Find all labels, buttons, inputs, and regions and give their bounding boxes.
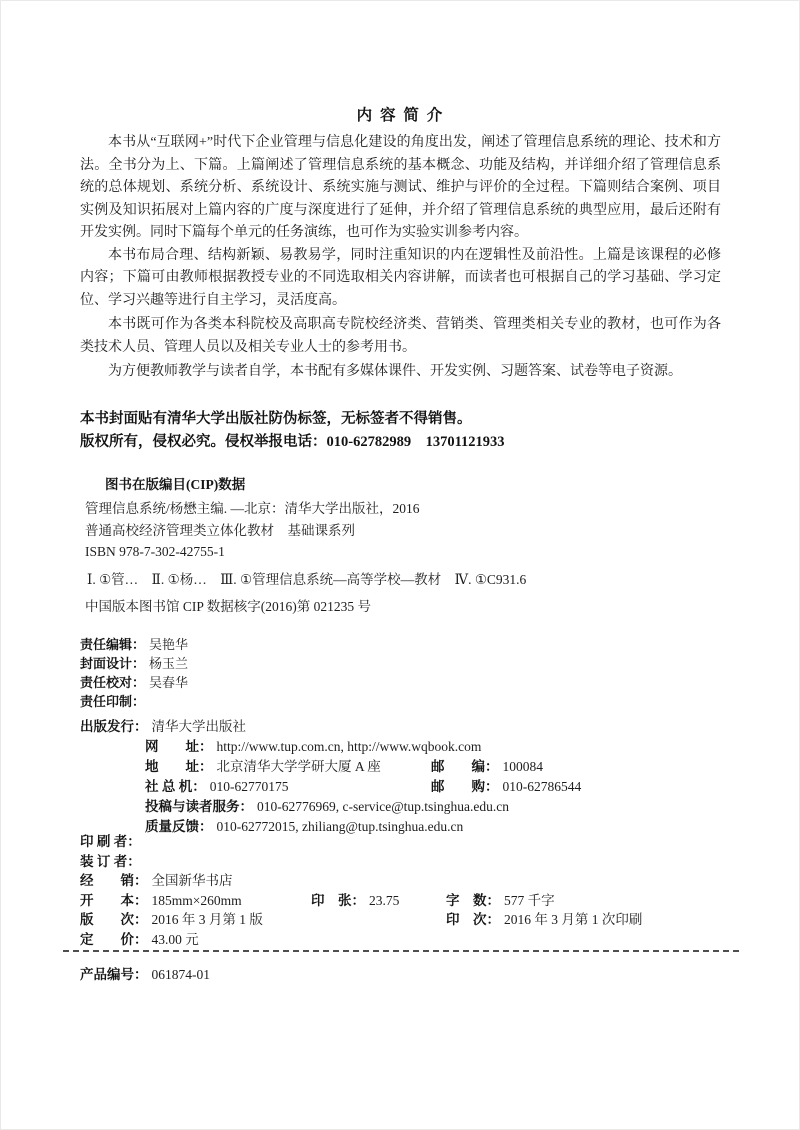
cip-description: 管理信息系统/杨懋主编. —北京：清华大学出版社，2016	[85, 498, 420, 520]
staff-label: 责任印制：	[80, 694, 145, 709]
product-number-row: 产品编号：061874-01	[80, 963, 210, 983]
word-count-column: 字 数：577 千字	[446, 891, 555, 911]
sheets-value: 23.75	[369, 893, 399, 908]
zip-column: 邮 编：100084	[431, 757, 543, 777]
cip-record-number: 中国版本图书馆 CIP 数据核字(2016)第 021235 号	[85, 595, 371, 615]
format-value: 185mm×260mm	[152, 893, 242, 908]
intro-paragraph-4: 为方便教师教学与读者自学，本书配有多媒体课件、开发实例、习题答案、试卷等电子资源…	[80, 361, 721, 384]
publisher-row-address: 地 址：北京清华大学学研大厦 A 座 邮 编：100084	[145, 757, 509, 777]
mail-order-value: 010-62786544	[503, 779, 582, 794]
mail-order-label: 邮 购：	[431, 779, 499, 794]
zip-value: 100084	[503, 759, 544, 774]
staff-row-cover-design: 封面设计：杨玉兰	[80, 654, 188, 673]
colophon-row-distributor: 经 销：全国新华书店	[80, 871, 263, 891]
cip-heading: 图书在版编目(CIP)数据	[105, 473, 245, 493]
reader-service-value: 010-62776969, c-service@tup.tsinghua.edu…	[257, 799, 509, 814]
colophon-row-binder: 装 订 者：	[80, 852, 263, 872]
cip-isbn: ISBN 978-7-302-42755-1	[85, 541, 420, 563]
price-label: 定 价：	[80, 932, 148, 947]
page-title: 内 容 简 介	[80, 103, 721, 125]
edition-label: 版 次：	[80, 912, 148, 927]
product-number-label: 产品编号：	[80, 967, 148, 982]
publisher-row-main: 出版发行：清华大学出版社	[80, 717, 509, 737]
publisher-label: 出版发行：	[80, 719, 148, 734]
anti-piracy-line: 本书封面贴有清华大学出版社防伪标签，无标签者不得销售。	[80, 408, 505, 431]
distributor-value: 全国新华书店	[152, 873, 233, 888]
print-run-label: 印 次：	[446, 912, 500, 927]
sheets-label: 印 张：	[311, 893, 365, 908]
publisher-name: 清华大学出版社	[152, 719, 247, 734]
print-run-column: 印 次：2016 年 3 月第 1 次印刷	[446, 910, 642, 930]
switchboard-value: 010-62770175	[210, 779, 289, 794]
switchboard-label: 社 总 机：	[145, 779, 206, 794]
print-run-value: 2016 年 3 月第 1 次印刷	[504, 912, 642, 927]
copyright-report-line: 版权所有，侵权必究。侵权举报电话：010-62782989 1370112193…	[80, 431, 505, 454]
intro-section: 本书从“互联网+”时代下企业管理与信息化建设的角度出发，阐述了管理信息系统的理论…	[80, 132, 721, 384]
intro-paragraph-3: 本书既可作为各类本科院校及高职高专院校经济类、营销类、管理类相关专业的教材，也可…	[80, 314, 721, 359]
cip-classification: Ⅰ. ①管… Ⅱ. ①杨… Ⅲ. ①管理信息系统—高等学校—教材 Ⅳ. ①C93…	[87, 568, 526, 588]
publisher-row-switchboard: 社 总 机：010-62770175 邮 购：010-62786544	[145, 777, 509, 797]
cip-series: 普通高校经济管理类立体化教材 基础课系列	[85, 520, 420, 542]
staff-label: 责任校对：	[80, 675, 145, 690]
staff-label: 封面设计：	[80, 656, 145, 671]
format-label: 开 本：	[80, 893, 148, 908]
word-count-label: 字 数：	[446, 893, 500, 908]
publisher-section: 出版发行：清华大学出版社 网 址：http://www.tup.com.cn, …	[80, 717, 509, 837]
word-count-value: 577 千字	[504, 893, 555, 908]
printer-label: 印 刷 者：	[80, 834, 141, 849]
divider-dashed-line	[63, 950, 739, 952]
edition-value: 2016 年 3 月第 1 版	[152, 912, 263, 927]
publisher-row-website: 网 址：http://www.tup.com.cn, http://www.wq…	[145, 737, 509, 757]
book-copyright-page: 内 容 简 介 本书从“互联网+”时代下企业管理与信息化建设的角度出发，阐述了管…	[0, 0, 800, 1130]
product-number-value: 061874-01	[152, 967, 211, 982]
mail-order-column: 邮 购：010-62786544	[431, 777, 581, 797]
address-label: 地 址：	[145, 759, 213, 774]
staff-section: 责任编辑：吴艳华 封面设计：杨玉兰 责任校对：吴春华 责任印制：	[80, 635, 188, 711]
staff-row-proofreader: 责任校对：吴春华	[80, 673, 188, 692]
address-value: 北京清华大学学研大厦 A 座	[217, 759, 381, 774]
anti-piracy-notice: 本书封面贴有清华大学出版社防伪标签，无标签者不得销售。 版权所有，侵权必究。侵权…	[80, 408, 505, 454]
distributor-label: 经 销：	[80, 873, 148, 888]
staff-row-print-supervisor: 责任印制：	[80, 692, 188, 711]
colophon-row-edition: 版 次：2016 年 3 月第 1 版 印 次：2016 年 3 月第 1 次印…	[80, 910, 263, 930]
publisher-row-reader-service: 投稿与读者服务：010-62776969, c-service@tup.tsin…	[145, 797, 509, 817]
intro-paragraph-2: 本书布局合理、结构新颖、易教易学，同时注重知识的内在逻辑性及前沿性。上篇是该课程…	[80, 245, 721, 313]
staff-row-editor: 责任编辑：吴艳华	[80, 635, 188, 654]
colophon-row-price: 定 价：43.00 元	[80, 930, 263, 950]
staff-value: 吴春华	[149, 675, 188, 690]
staff-value: 吴艳华	[149, 637, 188, 652]
intro-paragraph-1: 本书从“互联网+”时代下企业管理与信息化建设的角度出发，阐述了管理信息系统的理论…	[80, 132, 721, 245]
staff-value: 杨玉兰	[149, 656, 188, 671]
zip-label: 邮 编：	[431, 759, 499, 774]
staff-label: 责任编辑：	[80, 637, 145, 652]
colophon-row-printer: 印 刷 者：	[80, 832, 263, 852]
website-label: 网 址：	[145, 739, 213, 754]
website-urls: http://www.tup.com.cn, http://www.wqbook…	[217, 739, 482, 754]
binder-label: 装 订 者：	[80, 854, 141, 869]
colophon-row-format: 开 本：185mm×260mm 印 张：23.75 字 数：577 千字	[80, 891, 263, 911]
colophon-section: 印 刷 者： 装 订 者： 经 销：全国新华书店 开 本：185mm×260mm…	[80, 832, 263, 949]
cip-body: 管理信息系统/杨懋主编. —北京：清华大学出版社，2016 普通高校经济管理类立…	[85, 498, 420, 563]
sheets-column: 印 张：23.75	[311, 891, 399, 911]
price-value: 43.00 元	[152, 932, 199, 947]
reader-service-label: 投稿与读者服务：	[145, 799, 253, 814]
